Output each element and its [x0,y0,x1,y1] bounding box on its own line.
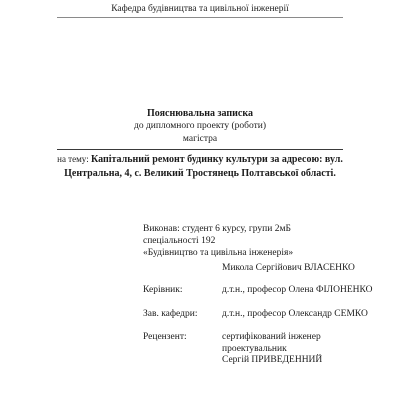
signatory-label: Керівник: [143,285,183,297]
author-name: Микола Сергійович ВЛАСЕНКО [222,262,355,274]
topic-prefix: на тему: [57,154,91,164]
signatory-label: Зав. кафедри: [143,309,197,321]
signatory-value-line-1: сертифікований інженер [222,332,390,344]
author-line-2: спеціальності 192 [143,235,380,247]
signatory-value: д.т.н., професор Олена ФІЛОНЕНКО [222,285,390,297]
department-header: Кафедра будівництва та цивільної інженер… [57,2,343,18]
signatory-value-line-2: проектувальник [222,344,390,356]
topic-line-1: Капітальний ремонт будинку культури за а… [91,154,343,165]
signatory-value: сертифікований інженер проектувальник Се… [222,332,390,367]
topic-line-2: Центральна, 4, с. Великий Тростянець Пол… [64,168,336,179]
title-block: Пояснювальна записка до дипломного проек… [57,107,343,150]
signatory-value: д.т.н., професор Олександр СЕМКО [222,309,390,321]
document-page: Кафедра будівництва та цивільної інженер… [0,0,400,400]
degree-line: магістра [57,133,343,146]
author-line-3: «Будівництво та цивільна інженерія» [143,247,380,259]
author-block: Виконав: студент 6 курсу, групи 2мБ спец… [143,223,380,259]
signatory-label: Рецензент: [143,332,187,344]
topic-block: на тему: Капітальний ремонт будинку куль… [40,153,360,180]
doc-title: Пояснювальна записка [57,107,343,120]
doc-subtitle: до дипломного проекту (роботи) [57,120,343,133]
signatory-value-line-3: Сергій ПРИВЕДЕННИЙ [222,355,390,367]
author-line-1: Виконав: студент 6 курсу, групи 2мБ [143,223,380,235]
